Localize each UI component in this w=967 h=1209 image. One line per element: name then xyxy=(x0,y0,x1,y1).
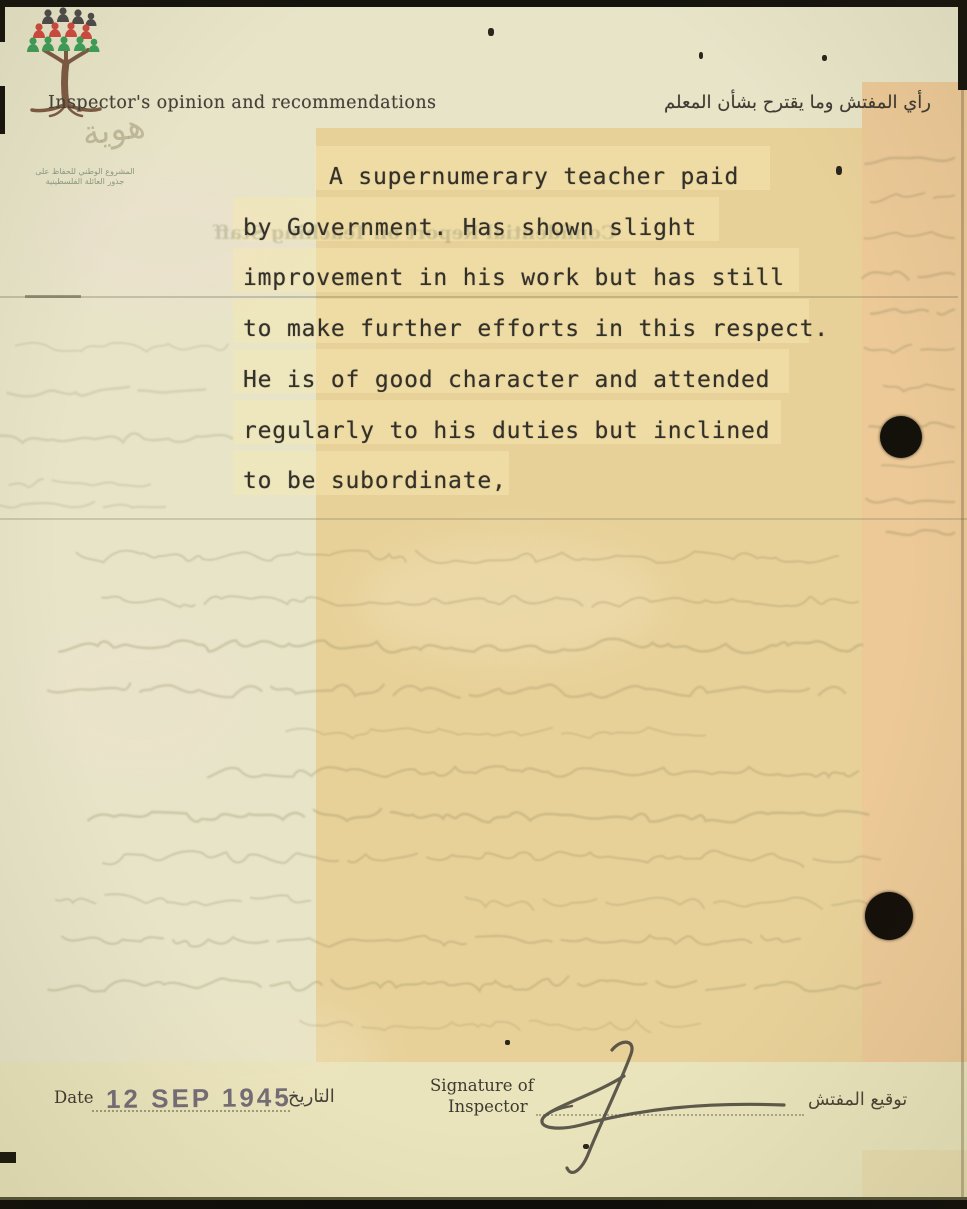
typed-line: A supernumerary teacher paid xyxy=(243,152,843,203)
typed-line: He is of good character and attended xyxy=(243,355,843,406)
ink-speck xyxy=(836,166,842,175)
hole-punch-bottom xyxy=(865,892,913,940)
typed-line: to be subordinate, xyxy=(243,456,843,507)
hole-punch-top xyxy=(880,416,922,458)
form-title-arabic: رأي المفتش وما يقترح بشأن المعلم xyxy=(664,92,931,113)
scan-edge-left-bottom-nub xyxy=(0,1152,16,1163)
scan-edge-right-line xyxy=(961,90,964,1197)
date-stamp: 12 SEP 1945 xyxy=(106,1082,292,1115)
faint-rule xyxy=(0,518,967,520)
scan-edge-top xyxy=(0,0,967,7)
typed-line: improvement in his work but has still xyxy=(243,253,843,304)
date-label-arabic: التاريخ xyxy=(288,1086,335,1107)
ink-speck xyxy=(699,52,703,59)
typed-line: to make further efforts in this respect. xyxy=(243,304,843,355)
scan-edge-right xyxy=(958,0,967,90)
ink-speck xyxy=(505,1040,510,1045)
typed-line: by Government. Has shown slight xyxy=(243,203,843,254)
logo-caption-line1: المشروع الوطني للحفاظ على xyxy=(26,167,144,177)
faint-rule-segment xyxy=(25,295,81,298)
typed-line: regularly to his duties but inclined xyxy=(243,406,843,457)
date-label-english: Date xyxy=(54,1088,93,1107)
typed-report-text: A supernumerary teacher paid by Governme… xyxy=(243,152,843,507)
scanned-document-page: Confidential Report on Teaching Staff xyxy=(0,0,967,1209)
signature-label-line1: Signature of xyxy=(430,1075,534,1096)
ink-speck xyxy=(822,55,827,61)
logo-caption: المشروع الوطني للحفاظ على جذور العائلة ا… xyxy=(26,167,144,187)
signature-label-line2: Inspector xyxy=(430,1096,534,1117)
inspector-signature xyxy=(520,1030,810,1190)
scan-edge-left xyxy=(0,0,5,42)
scan-edge-bottom xyxy=(0,1197,967,1209)
form-title-english: Inspector's opinion and recommendations xyxy=(48,93,436,113)
signature-label: Signature of Inspector xyxy=(430,1075,534,1117)
logo-caption-line2: جذور العائلة الفلسطينية xyxy=(26,177,144,187)
scan-edge-left-nub xyxy=(0,86,5,134)
signature-label-arabic: توقيع المفتش xyxy=(808,1090,907,1110)
ink-speck xyxy=(488,28,494,36)
